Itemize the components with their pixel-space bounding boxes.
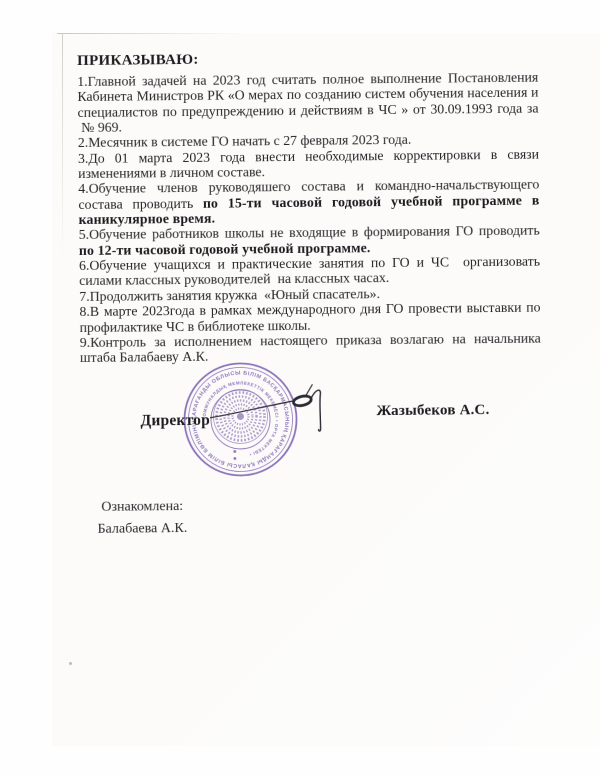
- document-line-text: изменениями в личном составе.: [78, 164, 265, 181]
- scan-speck: [69, 662, 72, 665]
- document-line-text: № 969.: [78, 120, 122, 135]
- document-line-bold-text: по 15-ти часовой годовой учебной програм…: [203, 192, 540, 210]
- acknowledgement-name: Балабаева А.К.: [98, 521, 188, 538]
- acknowledgement-label: Ознакомлена:: [101, 499, 183, 516]
- document-title: ПРИКАЗЫВАЮ:: [77, 49, 538, 69]
- scan-edge-left: [62, 34, 63, 264]
- scan-edge-top: [57, 33, 242, 34]
- document-line-text: состава проводить: [78, 196, 203, 212]
- document-lines: 1.Главной задачей на 2023 год считать по…: [77, 70, 541, 366]
- document-content: ПРИКАЗЫВАЮ: 1.Главной задачей на 2023 го…: [77, 49, 541, 366]
- scanned-order-document: ПРИКАЗЫВАЮ: 1.Главной задачей на 2023 го…: [0, 0, 600, 776]
- document-line-text: штаба Балабаеву А.К.: [80, 349, 209, 365]
- document-line-text: профилактике ЧС в библиотеке школы.: [80, 317, 311, 334]
- document-line-bold-text: каникулярное время.: [79, 211, 216, 227]
